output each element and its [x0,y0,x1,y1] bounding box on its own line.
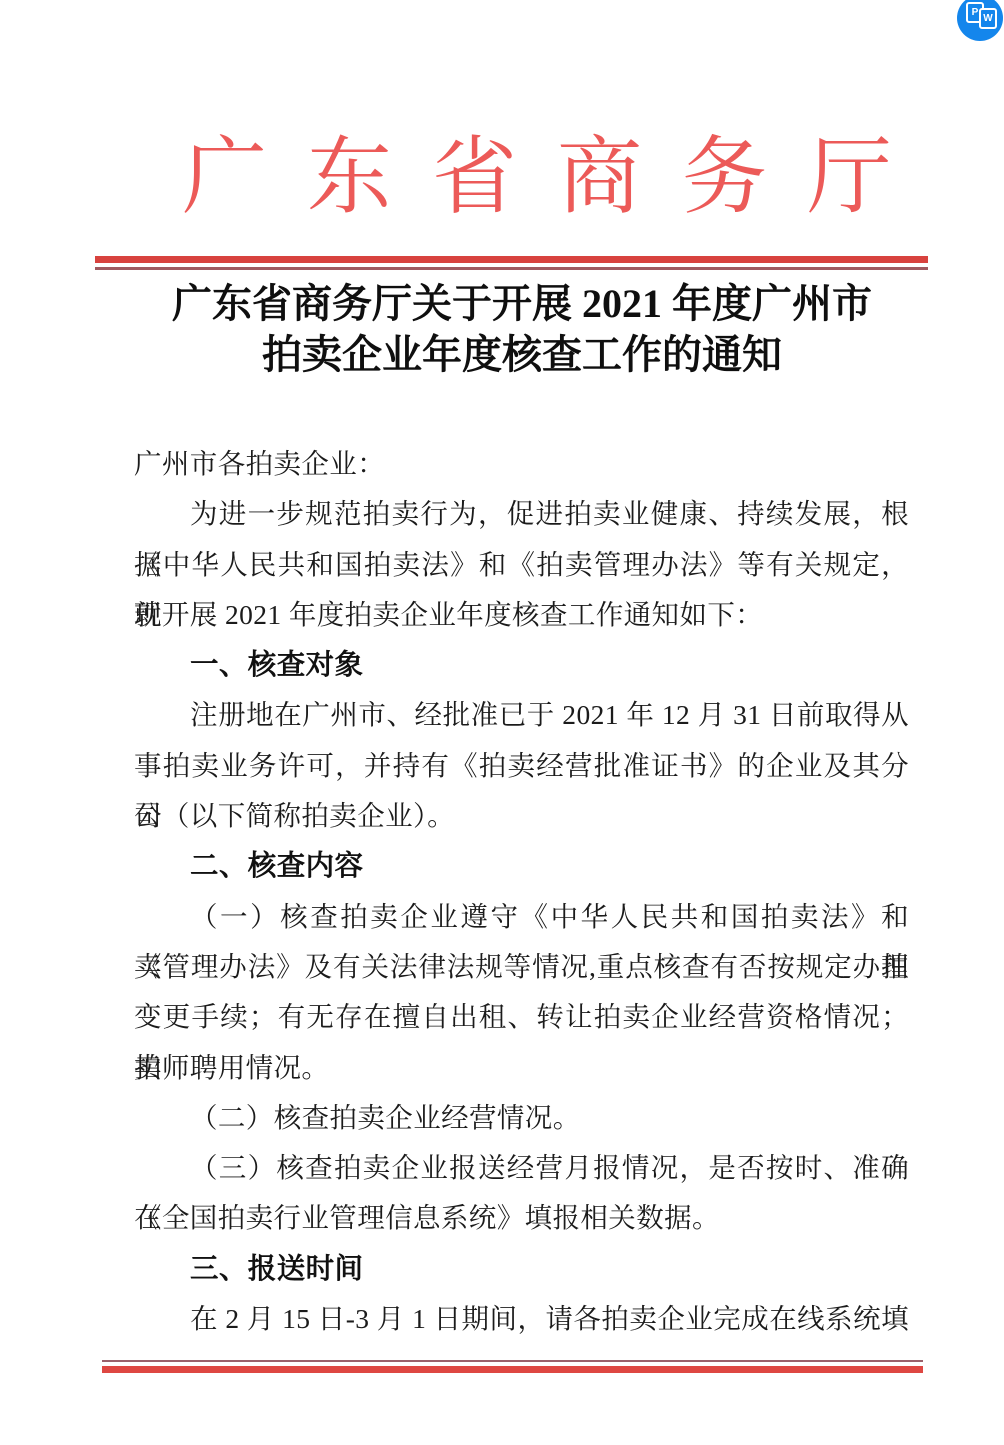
body-line: （三）核查拍卖企业报送经营月报情况，是否按时、准确在 [134,1143,909,1193]
document-title: 广东省商务厅关于开展 2021 年度广州市 拍卖企业年度核查工作的通知 [40,278,1004,380]
letterhead-rule-thick [95,256,928,263]
body-line: 在 2 月 15 日-3 月 1 日期间，请各拍卖企业完成在线系统填 [134,1294,909,1344]
document-title-line-2: 拍卖企业年度核查工作的通知 [40,329,1004,380]
body-line: 司（以下简称拍卖企业）。 [134,791,909,841]
letterhead-rule-thin [95,267,928,270]
section-heading-2: 二、核查内容 [134,841,909,891]
footer-rule-thick [102,1366,923,1373]
body-line: 变更手续；有无存在擅自出租、转让拍卖企业经营资格情况；拍 [134,992,909,1042]
section-heading-1: 一、核查对象 [134,640,909,690]
body-line: 卖师聘用情况。 [134,1043,909,1093]
agency-name-letterhead: 广东省商务厅 [182,128,932,228]
body-line: 《中华人民共和国拍卖法》和《拍卖管理办法》等有关规定，现 [134,540,909,590]
word-doc-icon: W [979,8,997,29]
body-line: 注册地在广州市、经批准已于 2021 年 12 月 31 日前取得从 [134,690,909,740]
footer-rule-thin [102,1360,923,1362]
pdf-to-word-converter-button[interactable]: P W [957,0,1003,41]
scanned-document-page: P W 广东省商务厅 广东省商务厅关于开展 2021 年度广州市 拍卖企业年度核… [0,0,1004,1445]
body-line: 事拍卖业务许可，并持有《拍卖经营批准证书》的企业及其分公 [134,741,909,791]
body-line: （二）核查拍卖企业经营情况。 [134,1093,909,1143]
section-heading-3: 三、报送时间 [134,1244,909,1294]
body-line: （一）核查拍卖企业遵守《中华人民共和国拍卖法》和《拍 [134,892,909,942]
body-line: 为进一步规范拍卖行为，促进拍卖业健康、持续发展，根据 [134,489,909,539]
document-title-line-1: 广东省商务厅关于开展 2021 年度广州市 [40,278,1004,329]
document-body: 广州市各拍卖企业： 为进一步规范拍卖行为，促进拍卖业健康、持续发展，根据 《中华… [134,439,909,1344]
salutation-line: 广州市各拍卖企业： [134,439,909,489]
body-line: 《全国拍卖行业管理信息系统》填报相关数据。 [134,1193,909,1243]
body-line: 卖管理办法》及有关法律法规等情况,重点核查有否按规定办理 [134,942,909,992]
body-line: 就开展 2021 年度拍卖企业年度核查工作通知如下： [134,590,909,640]
